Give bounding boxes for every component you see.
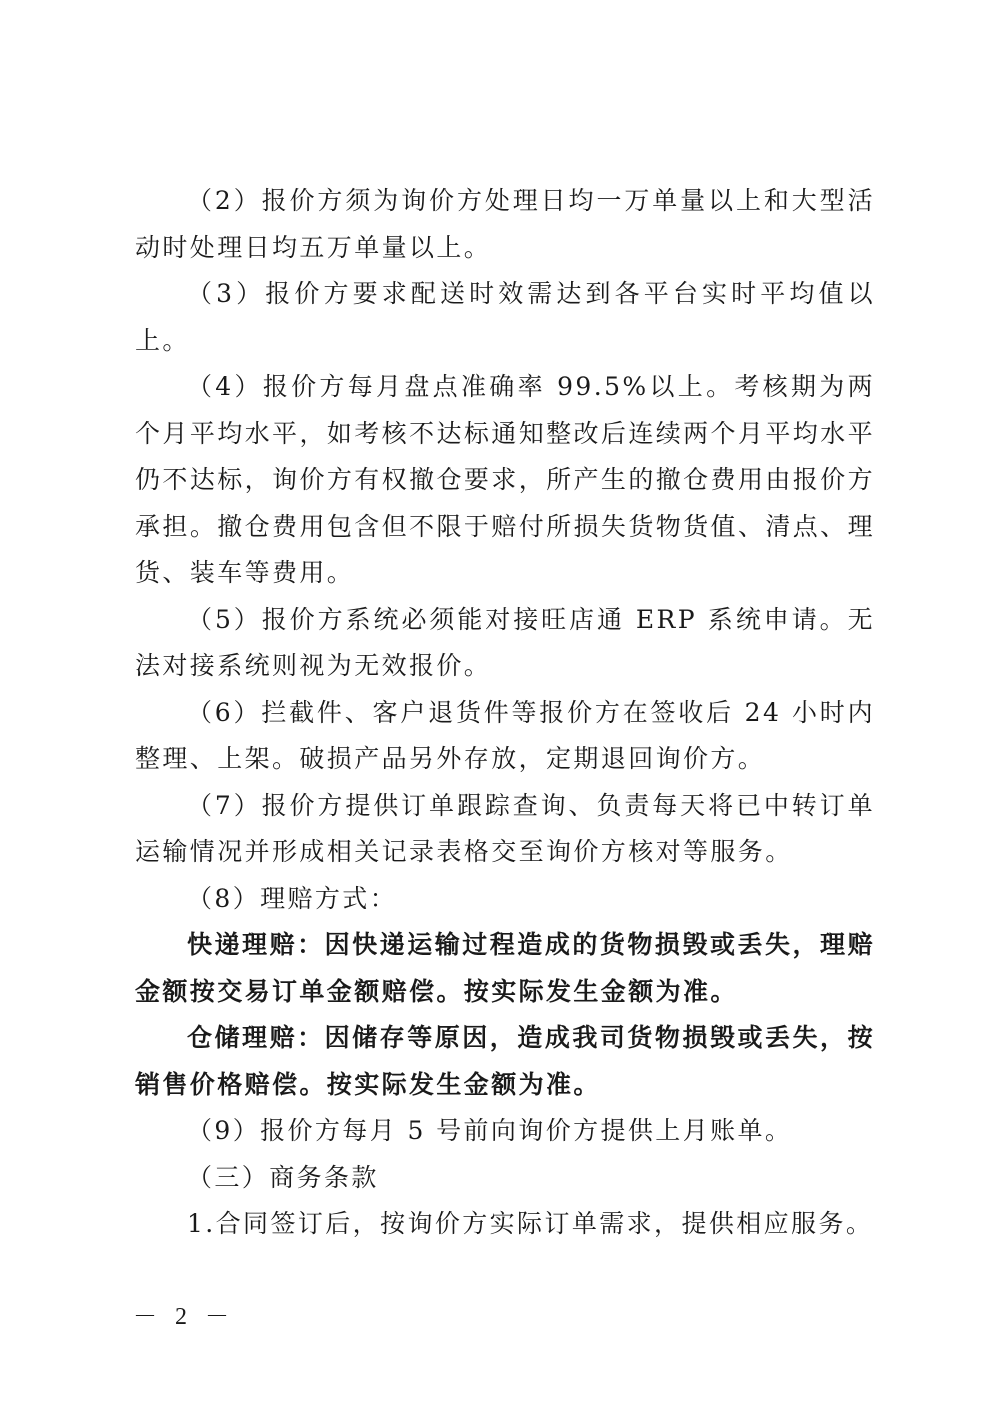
express-claim-paragraph: 快递理赔：因快递运输过程造成的货物损毁或丢失，理赔金额按交易订单金额赔偿。按实际… [135,922,875,1015]
clause-1-paragraph: 1.合同签订后，按询价方实际订单需求，提供相应服务。 [135,1201,875,1248]
page-number: － 2 － [133,1296,235,1331]
item-9-paragraph: （9）报价方每月 5 号前向询价方提供上月账单。 [135,1108,875,1155]
item-2-paragraph: （2）报价方须为询价方处理日均一万单量以上和大型活动时处理日均五万单量以上。 [135,178,875,271]
item-7-paragraph: （7）报价方提供订单跟踪查询、负责每天将已中转订单运输情况并形成相关记录表格交至… [135,783,875,876]
document-page: （2）报价方须为询价方处理日均一万单量以上和大型活动时处理日均五万单量以上。 （… [135,178,875,1248]
item-3-paragraph: （3）报价方要求配送时效需达到各平台实时平均值以上。 [135,271,875,364]
section-3-heading: （三）商务条款 [135,1155,875,1202]
item-5-paragraph: （5）报价方系统必须能对接旺店通 ERP 系统申请。无法对接系统则视为无效报价。 [135,597,875,690]
item-8-heading: （8）理赔方式： [135,876,875,923]
item-6-paragraph: （6）拦截件、客户退货件等报价方在签收后 24 小时内整理、上架。破损产品另外存… [135,690,875,783]
storage-claim-paragraph: 仓储理赔：因储存等原因，造成我司货物损毁或丢失，按销售价格赔偿。按实际发生金额为… [135,1015,875,1108]
item-4-paragraph: （4）报价方每月盘点准确率 99.5%以上。考核期为两个月平均水平，如考核不达标… [135,364,875,597]
